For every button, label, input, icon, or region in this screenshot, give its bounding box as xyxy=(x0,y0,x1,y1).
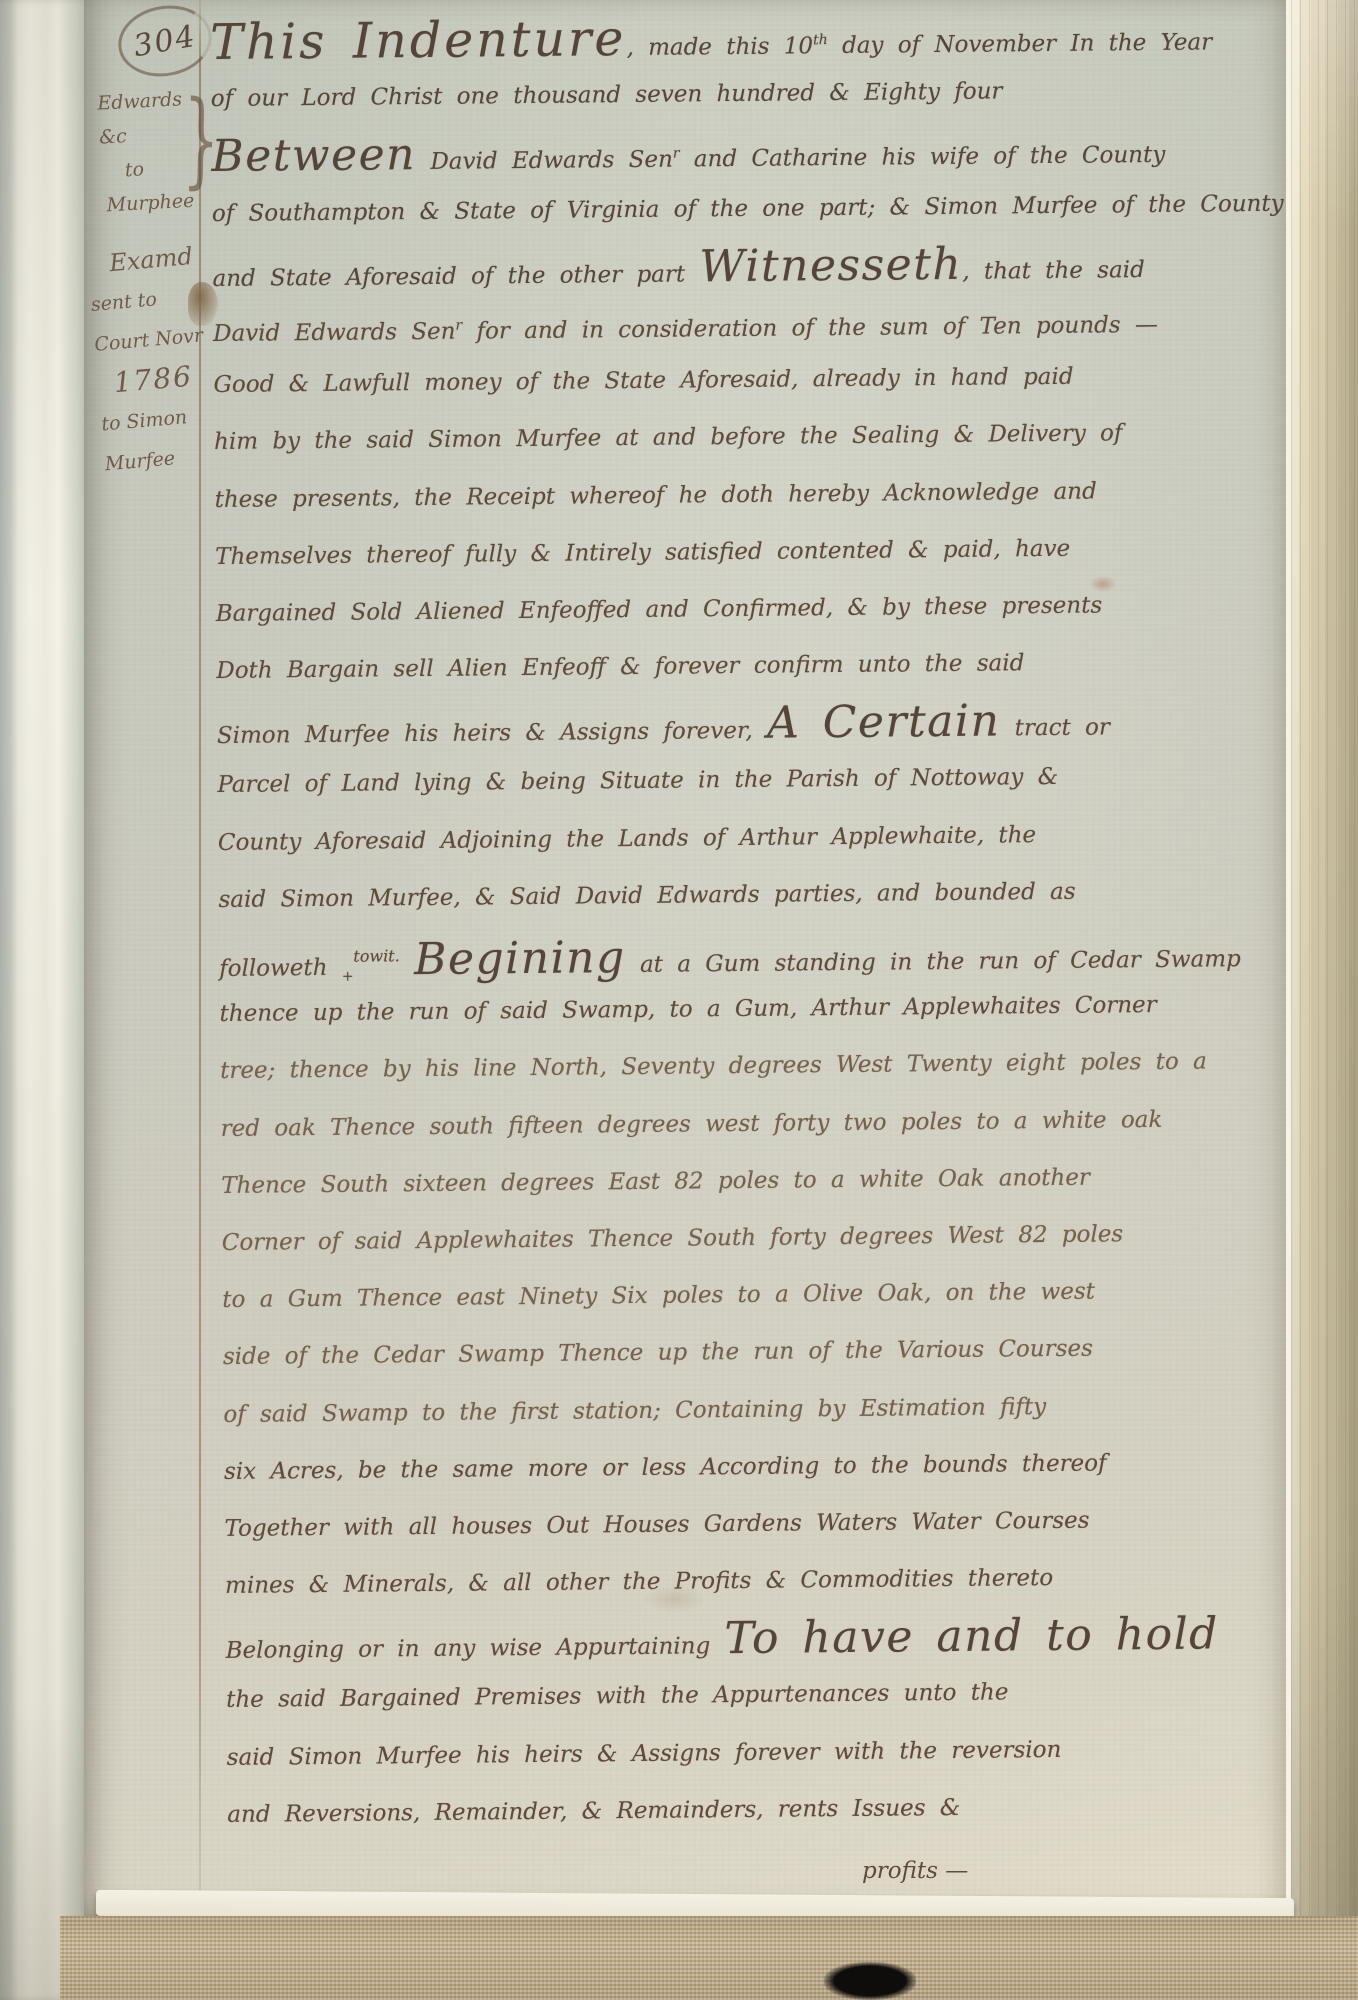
book-photo: 304 Edwards &c to Murphee } Examd sent t… xyxy=(0,0,1358,2000)
manuscript-line: followeth +towit. Begining at a Gum stan… xyxy=(219,919,1280,986)
manuscript-line: of our Lord Christ one thousand seven hu… xyxy=(211,61,1272,128)
manuscript-line: mines & Minerals, & all other the Profit… xyxy=(225,1548,1286,1615)
manuscript-line: and Reversions, Remainder, & Remainders,… xyxy=(227,1777,1288,1844)
document-text: This Indenture, made this 10th day of No… xyxy=(210,4,1288,1844)
table-surface xyxy=(0,1980,1358,2000)
manuscript-line: six Acres, be the same more or less Acco… xyxy=(224,1433,1285,1500)
catchword: profits — xyxy=(862,1858,968,1884)
manuscript-line: Thence South sixteen degrees East 82 pol… xyxy=(221,1148,1282,1215)
manuscript-line: of said Swamp to the first station; Cont… xyxy=(223,1376,1284,1443)
manuscript-line: of Southampton & State of Virginia of th… xyxy=(212,175,1273,242)
page-number-text: 304 xyxy=(131,18,199,63)
manuscript-line: him by the said Simon Murfee at and befo… xyxy=(214,404,1275,471)
manuscript-line: Good & Lawfull money of the State Afores… xyxy=(213,347,1274,414)
manuscript-line: these presents, the Receipt whereof he d… xyxy=(214,461,1275,528)
manuscript-line: Simon Murfee his heirs & Assigns forever… xyxy=(217,690,1278,757)
manuscript-line: This Indenture, made this 10th day of No… xyxy=(210,4,1271,71)
manuscript-line: Doth Bargain sell Alien Enfeoff & foreve… xyxy=(216,633,1277,700)
manuscript-line: said Simon Murfee his heirs & Assigns fo… xyxy=(226,1719,1287,1786)
dark-object xyxy=(824,1962,916,2000)
manuscript-line: David Edwards Senr for and in considerat… xyxy=(213,290,1274,357)
manuscript-line: Together with all houses Out Houses Gard… xyxy=(224,1491,1285,1558)
manuscript-line: County Aforesaid Adjoining the Lands of … xyxy=(218,804,1279,871)
right-page-edges xyxy=(1291,0,1358,1916)
manuscript-line: side of the Cedar Swamp Thence up the ru… xyxy=(223,1319,1284,1386)
manuscript-line: red oak Thence south fifteen degrees wes… xyxy=(220,1090,1281,1157)
manuscript-line: thence up the run of said Swamp, to a Gu… xyxy=(219,976,1280,1043)
manuscript-line: tree; thence by his line North, Seventy … xyxy=(220,1033,1281,1100)
left-page-edges xyxy=(0,0,92,2000)
margin-note-exam: Examd sent to Court Novr 1786 to Simon M… xyxy=(86,236,216,485)
manuscript-line: Corner of said Applewhaites Thence South… xyxy=(222,1205,1283,1272)
manuscript-line: Between David Edwards Senr and Catharine… xyxy=(211,118,1272,185)
manuscript-line: Belonging or in any wise Appurtaining To… xyxy=(225,1605,1286,1672)
manuscript-line: said Simon Murfee, & Said David Edwards … xyxy=(218,862,1279,929)
manuscript-line: Parcel of Land lying & being Situate in … xyxy=(217,747,1278,814)
manuscript-line: Bargained Sold Aliened Enfeoffed and Con… xyxy=(215,576,1276,643)
manuscript-line: to a Gum Thence east Ninety Six poles to… xyxy=(222,1262,1283,1329)
manuscript-line: the said Bargained Premises with the App… xyxy=(226,1662,1287,1729)
manuscript-line: and State Aforesaid of the other part Wi… xyxy=(212,233,1273,300)
manuscript-line: Themselves thereof fully & Intirely sati… xyxy=(215,518,1276,585)
